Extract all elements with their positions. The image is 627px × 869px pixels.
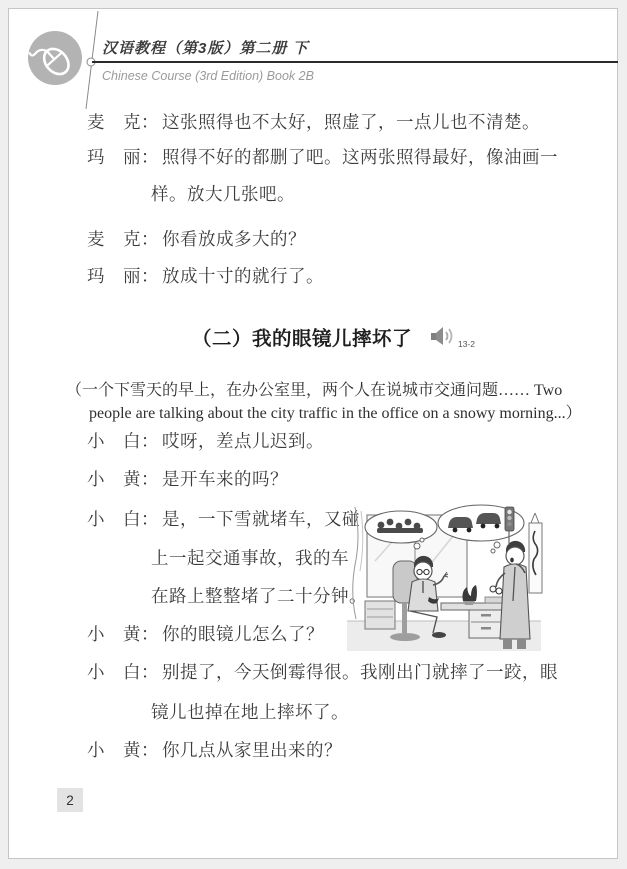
- office-conversation-illustration: [345, 501, 543, 653]
- dialogue-text: 镜儿也掉在地上摔坏了。: [151, 702, 349, 722]
- dialogue-line: 麦 克：你看放成多大的？: [87, 226, 306, 251]
- speaker-name: 小 黄：: [87, 469, 159, 489]
- speaker-name: 玛 丽：: [87, 147, 159, 167]
- dialogue-line-continuation: 样。放大几张吧。: [151, 181, 295, 206]
- dialogue-line: 小 黄：你的眼镜儿怎么了？: [87, 621, 324, 646]
- header-divider-ornament: [77, 9, 111, 111]
- dialogue-text: 你的眼镜儿怎么了？: [162, 624, 324, 644]
- dialogue-text: 上一起交通事故，我的车: [151, 548, 349, 568]
- speaker-name: 小 白：: [87, 509, 159, 529]
- speaker-name: 小 白：: [87, 662, 159, 682]
- stage-direction-line1: （一个下雪天的早上，在办公室里，两个人在说城市交通问题…… Two: [66, 377, 562, 400]
- page-number: 2: [57, 788, 83, 812]
- dialogue-text: 这张照得也不太好，照虚了，一点儿也不清楚。: [162, 112, 540, 132]
- textbook-page-frame: 汉语教程（第3版）第二册 下 Chinese Course (3rd Editi…: [0, 0, 627, 869]
- textbook-page: 汉语教程（第3版）第二册 下 Chinese Course (3rd Editi…: [8, 8, 618, 859]
- mouse-icon: [26, 29, 84, 87]
- dialogue-text: 是，一下雪就堵车，又碰: [162, 509, 360, 529]
- speaker-name: 麦 克：: [87, 229, 159, 249]
- speaker-name: 玛 丽：: [87, 266, 159, 286]
- dialogue-line: 小 白：哎呀，差点儿迟到。: [87, 428, 324, 453]
- speaker-name: 小 黄：: [87, 740, 159, 760]
- audio-track-number: 13-2: [458, 339, 475, 349]
- dialogue-text: 是开车来的吗？: [162, 469, 288, 489]
- section-heading-row: （二）我的眼镜儿摔坏了 13-2: [192, 323, 482, 353]
- section-title: （二）我的眼镜儿摔坏了: [192, 323, 412, 351]
- book-title-english: Chinese Course (3rd Edition) Book 2B: [102, 69, 314, 83]
- dialogue-line: 麦 克：这张照得也不太好，照虚了，一点儿也不清楚。: [87, 109, 540, 134]
- dialogue-text: 你几点从家里出来的？: [162, 740, 342, 760]
- dialogue-line: 小 白：别提了，今天倒霉得很。我刚出门就摔了一跤，眼: [87, 659, 558, 684]
- speaker-icon[interactable]: [430, 325, 456, 347]
- dialogue-text: 哎呀，差点儿迟到。: [162, 431, 324, 451]
- speaker-name: 麦 克：: [87, 112, 159, 132]
- dialogue-text: 样。放大几张吧。: [151, 184, 295, 204]
- dialogue-line-continuation: 上一起交通事故，我的车: [151, 545, 349, 570]
- dialogue-text: 别提了，今天倒霉得很。我刚出门就摔了一跤，眼: [162, 662, 558, 682]
- dialogue-text: 在路上整整堵了二十分钟。: [151, 586, 367, 606]
- dialogue-line: 玛 丽：照得不好的都删了吧。这两张照得最好，像油画一: [87, 144, 558, 169]
- dialogue-text: 你看放成多大的？: [162, 229, 306, 249]
- dialogue-line: 小 黄：你几点从家里出来的？: [87, 737, 342, 762]
- audio-control[interactable]: 13-2: [430, 325, 482, 353]
- speaker-name: 小 黄：: [87, 624, 159, 644]
- stage-direction-line2: people are talking about the city traffi…: [89, 400, 582, 423]
- dialogue-text: 照得不好的都删了吧。这两张照得最好，像油画一: [162, 147, 558, 167]
- speaker-name: 小 白：: [87, 431, 159, 451]
- book-title-chinese: 汉语教程（第3版）第二册 下: [102, 37, 309, 58]
- dialogue-line: 小 黄：是开车来的吗？: [87, 466, 288, 491]
- dialogue-line-continuation: 镜儿也掉在地上摔坏了。: [151, 699, 349, 724]
- dialogue-line: 小 白：是，一下雪就堵车，又碰: [87, 506, 360, 531]
- dialogue-line-continuation: 在路上整整堵了二十分钟。: [151, 583, 367, 608]
- header-rule: [92, 61, 618, 63]
- dialogue-line: 玛 丽：放成十寸的就行了。: [87, 263, 324, 288]
- dialogue-text: 放成十寸的就行了。: [162, 266, 324, 286]
